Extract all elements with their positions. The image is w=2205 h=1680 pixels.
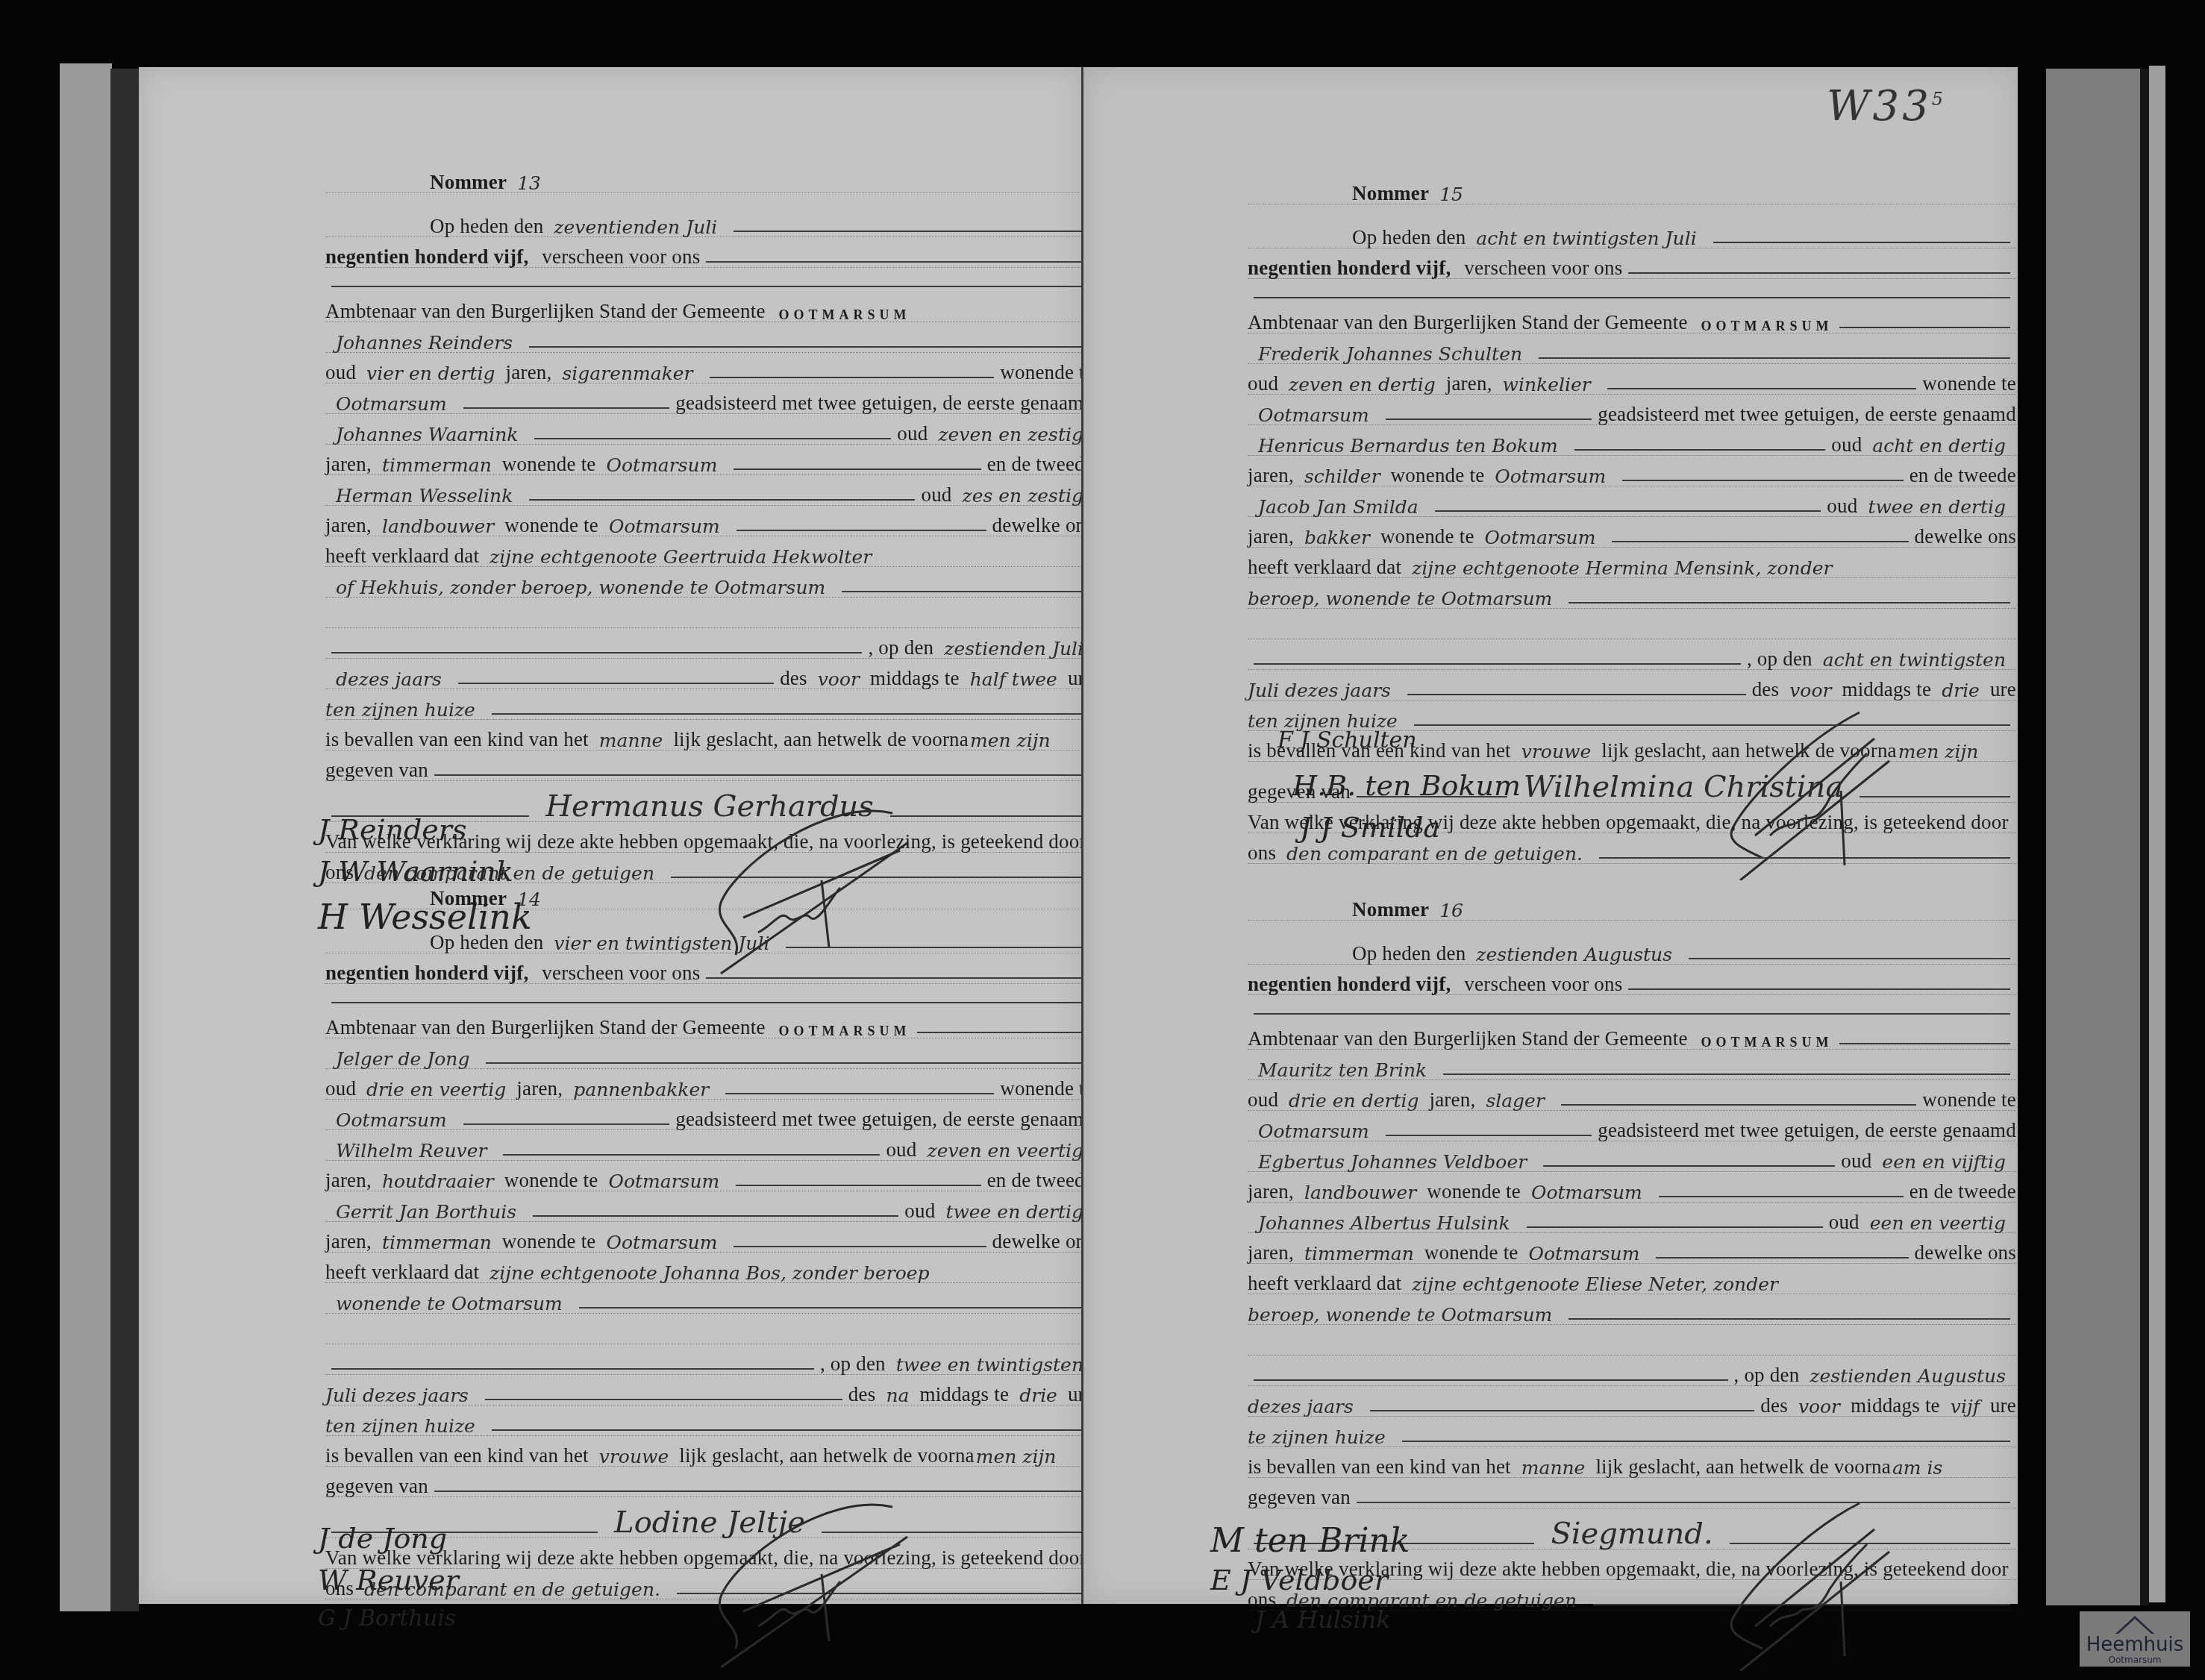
middags-label: middags te [870, 668, 960, 689]
record-date: zeventienden Juli [543, 218, 728, 236]
official-label: Ambtenaar van den Burgerlijken Stand der… [325, 301, 766, 322]
record-number: 14 [507, 890, 551, 909]
declarant-occupation: slager [1475, 1091, 1554, 1110]
declarant-name: Mauritz ten Brink [1248, 1061, 1437, 1079]
witness1-name: Egbertus Johannes Veldboer [1248, 1153, 1537, 1171]
declarant-age: zeven en dertig [1278, 375, 1446, 394]
child-sex: manne [1511, 1458, 1596, 1477]
birth-place: te zijnen huize [1248, 1428, 1396, 1447]
birth-year: dezes jaars [325, 670, 452, 689]
page-right: W335 Nommer15 Op heden denacht en twinti… [1083, 67, 2018, 1604]
declaration-line1: zijne echtgenoote Johanna Bos, zonder be… [479, 1264, 939, 1282]
witness2-name: Herman Wesselink [325, 486, 523, 505]
declarant-name: Jelger de Jong [325, 1050, 480, 1068]
second-witness-label: en de tweede [1910, 466, 2016, 486]
declaration-line1: zijne echtgenoote Hermina Mensink, zonde… [1401, 559, 1842, 577]
official-label: Ambtenaar van den Burgerlijken Stand der… [1248, 1029, 1688, 1049]
birth-year: dezes jaars [1248, 1397, 1364, 1416]
age-label: oud [921, 485, 951, 505]
birth-record-13: Nommer13 Op heden denzeventienden Juli n… [325, 164, 1094, 885]
verscheen-label: verscheen voor ons [1464, 258, 1622, 278]
ons-label: ons [1248, 843, 1276, 863]
delivered-label: is bevallen van een kind van het [1248, 1457, 1511, 1477]
child-sex: vrouwe [589, 1447, 679, 1466]
witness1-residence: Ootmarsum [1521, 1183, 1653, 1202]
signature: J J Smilda [1277, 811, 1521, 853]
record-number: 13 [507, 174, 551, 192]
witness1-age: een en vijftig [1871, 1153, 2016, 1171]
given-label: gegeven van [325, 1476, 428, 1496]
child-sex: vrouwe [1511, 742, 1601, 761]
des-label: des [780, 668, 807, 689]
year-phrase: negentien honderd vijf, [325, 963, 528, 983]
witness1-age: acht en dertig [1862, 436, 2016, 455]
birth-place: ten zijnen huize [325, 1417, 486, 1435]
residence-label: wonende te [1922, 374, 2016, 394]
des-label: des [848, 1385, 876, 1405]
residence-label: wonende te [1000, 363, 1094, 383]
age-label: oud [1827, 496, 1857, 516]
witness2-residence: Ootmarsum [1519, 1244, 1651, 1263]
witness1-name: Wilhelm Reuver [325, 1141, 497, 1160]
residence-label: wonende te [502, 1232, 596, 1252]
official-signature-16 [1680, 1499, 1904, 1671]
gender-label: lijk geslacht, aan hetwelk de voorna [1595, 1457, 1891, 1477]
residence-label: wonende te [504, 1170, 598, 1191]
official-signature-15 [1680, 709, 1904, 880]
birth-year: Juli dezes jaars [1248, 681, 1401, 700]
birth-time: drie [1931, 681, 1990, 700]
hour-label: ure [1990, 1396, 2016, 1416]
date-label: Op heden den [430, 216, 543, 236]
witnesses-label: geadsisteerd met twee getuigen, de eerst… [1598, 1120, 2016, 1141]
witness1-name: Henricus Bernardus ten Bokum [1248, 436, 1568, 455]
age-label: oud [325, 363, 356, 383]
name-suffix: men zijn [975, 1447, 1067, 1466]
declared-label: heeft verklaard dat [325, 1262, 479, 1282]
age-label: oud [1248, 1090, 1278, 1110]
number-label: Nommer [430, 172, 507, 192]
name-suffix: men zijn [1897, 742, 1989, 761]
year-phrase: negentien honderd vijf, [1248, 974, 1451, 994]
year-phrase: negentien honderd vijf, [1248, 258, 1451, 278]
delivered-label: is bevallen van een kind van het [325, 1446, 589, 1466]
declarant-name: Frederik Johannes Schulten [1248, 345, 1533, 363]
witness1-age: zeven en zestig [928, 425, 1094, 444]
book-binding-left [110, 69, 139, 1611]
declaration-line2: of Hekhuis, zonder beroep, wonende te Oo… [325, 578, 836, 597]
signature: J de Jong [318, 1522, 459, 1564]
second-witness-label: en de tweede [1910, 1182, 2016, 1202]
birth-date: zestienden Juli [933, 639, 1094, 658]
birth-time: drie [1009, 1386, 1068, 1405]
verscheen-label: verscheen voor ons [542, 247, 700, 267]
declarant-residence: Ootmarsum [325, 395, 457, 413]
residence-label: wonende te [1424, 1243, 1519, 1263]
year-phrase: negentien honderd vijf, [325, 247, 528, 267]
age-label: oud [886, 1140, 916, 1160]
declarant-occupation: sigarenmaker [551, 364, 703, 383]
record-date: zestienden Augustus [1466, 945, 1683, 964]
witness2-occupation: timmerman [1294, 1244, 1424, 1263]
verscheen-label: verscheen voor ons [1464, 974, 1622, 994]
birth-time: half twee [960, 670, 1068, 689]
number-label: Nommer [1352, 184, 1429, 204]
given-label: gegeven van [1248, 1488, 1351, 1508]
witness2-age: een en veertig [1860, 1214, 2016, 1232]
date-label: Op heden den [1352, 228, 1466, 248]
archive-mark-text: W33 [1827, 82, 1932, 131]
number-label: Nommer [430, 888, 507, 909]
birth-time: vijf [1940, 1397, 1990, 1416]
birth-year: Juli dezes jaars [325, 1386, 479, 1405]
witness2-age: twee en dertig [935, 1203, 1094, 1221]
declarant-age: drie en veertig [356, 1080, 516, 1099]
municipality: OOTMARSUM [1701, 1035, 1833, 1049]
official-label: Ambtenaar van den Burgerlijken Stand der… [325, 1018, 766, 1038]
witness1-occupation: schilder [1294, 467, 1391, 486]
on-date-label: , op den [1747, 649, 1813, 669]
name-suffix: men zijn [969, 731, 1061, 750]
residence-label: wonende te [502, 454, 596, 474]
signature: E J Veldboer [1210, 1564, 1410, 1605]
years-label: jaren, [325, 1170, 372, 1191]
witness1-occupation: houtdraaier [372, 1172, 504, 1191]
witness1-residence: Ootmarsum [1484, 467, 1616, 486]
years-label: jaren, [506, 363, 552, 383]
dewelke-label: dewelke ons [1915, 527, 2016, 547]
on-date-label: , op den [868, 638, 933, 658]
declarant-residence: Ootmarsum [1248, 406, 1380, 424]
years-label: jaren, [1248, 466, 1294, 486]
age-label: oud [1829, 1212, 1860, 1232]
declaration-line1: zijne echtgenoote Eliese Neter, zonder [1401, 1275, 1789, 1294]
gender-label: lijk geslacht, aan hetwelk de voorna [679, 1446, 975, 1466]
on-date-label: , op den [1734, 1365, 1800, 1385]
witness2-residence: Ootmarsum [1474, 528, 1607, 547]
birth-ampm: voor [1788, 1397, 1851, 1416]
declaration-line1: zijne echtgenoote Geertruida Hekwolter [479, 548, 882, 566]
years-label: jaren, [1429, 1090, 1475, 1110]
witness1-occupation: timmerman [372, 456, 502, 474]
declarant-residence: Ootmarsum [1248, 1122, 1380, 1141]
official-signature-flourish [1680, 1499, 1904, 1671]
declared-label: heeft verklaard dat [1248, 557, 1401, 577]
witness2-name: Johannes Albertus Hulsink [1248, 1214, 1521, 1232]
second-witness-label: en de tweede [987, 1170, 1094, 1191]
signature: J A Hulsink [1210, 1605, 1410, 1647]
second-witness-label: en de tweede [987, 454, 1094, 474]
on-date-label: , op den [820, 1354, 886, 1374]
witness2-name: Gerrit Jan Borthuis [325, 1203, 527, 1221]
official-label: Ambtenaar van den Burgerlijken Stand der… [1248, 313, 1688, 333]
residence-label: wonende te [1427, 1182, 1521, 1202]
years-label: jaren, [1446, 374, 1492, 394]
birth-ampm: voor [1779, 681, 1842, 700]
name-suffix: am is [1891, 1458, 1953, 1477]
age-label: oud [904, 1201, 935, 1221]
residence-label: wonende te [504, 515, 598, 536]
municipality: OOTMARSUM [779, 308, 911, 322]
municipality: OOTMARSUM [779, 1024, 911, 1038]
middags-label: middags te [919, 1385, 1009, 1405]
residence-label: wonende te [1922, 1090, 2016, 1110]
declared-label: heeft verklaard dat [325, 546, 479, 566]
record-number: 16 [1429, 901, 1474, 920]
birth-record-14: Nommer14 Op heden denvier en twintigsten… [325, 880, 1094, 1601]
birth-ampm: na [875, 1386, 919, 1405]
verscheen-label: verscheen voor ons [542, 963, 700, 983]
witness1-age: zeven en veertig [917, 1141, 1095, 1160]
declaration-line2: wonende te Ootmarsum [325, 1294, 573, 1313]
des-label: des [1760, 1396, 1788, 1416]
years-label: jaren, [325, 515, 372, 536]
witness2-age: zes en zestig [952, 486, 1094, 505]
archive-mark-sup: 5 [1932, 89, 1946, 110]
witness-signatures-15: F J Schulten H.B. ten Bokum J J Smilda [1277, 727, 1521, 853]
witness1-name: Johannes Waarnink [325, 425, 528, 444]
declarant-age: vier en dertig [356, 364, 505, 383]
age-label: oud [1248, 374, 1278, 394]
hour-label: ure [1990, 680, 2016, 700]
witness2-residence: Ootmarsum [596, 1233, 728, 1252]
signature: G J Borthuis [318, 1605, 459, 1647]
residence-label: wonende te [1391, 466, 1485, 486]
des-label: des [1752, 680, 1780, 700]
birth-place: ten zijnen huize [325, 700, 486, 719]
book-edge-left [60, 63, 112, 1611]
official-signature-flourish [1680, 709, 1904, 880]
witness-signatures-14: J de Jong W Reuver G J Borthuis [318, 1522, 459, 1647]
witness2-occupation: landbouwer [372, 517, 504, 536]
birth-date: twee en twintigsten [886, 1355, 1094, 1374]
official-signature-14 [691, 1499, 915, 1671]
declared-label: heeft verklaard dat [1248, 1273, 1401, 1294]
delivered-label: is bevallen van een kind van het [325, 730, 589, 750]
years-label: jaren, [1248, 1182, 1294, 1202]
birth-ampm: voor [807, 670, 870, 689]
given-label: gegeven van [325, 760, 428, 780]
age-label: oud [1841, 1151, 1871, 1171]
residence-label: wonende te [1380, 527, 1474, 547]
witness1-residence: Ootmarsum [598, 1172, 730, 1191]
gender-label: lijk geslacht, aan hetwelk de voorna [673, 730, 969, 750]
date-label: Op heden den [1352, 944, 1466, 964]
birth-date: acht en twintigsten [1813, 651, 2016, 669]
number-label: Nommer [1352, 900, 1429, 920]
archive-mark: W335 [1827, 82, 1946, 131]
declarant-name: Johannes Reinders [325, 333, 523, 352]
witness2-residence: Ootmarsum [598, 517, 731, 536]
logo-subtitle: Ootmarsum [2108, 1655, 2161, 1665]
book-binding-right [2140, 69, 2149, 1605]
witness2-name: Jacob Jan Smilda [1248, 498, 1429, 516]
dewelke-label: dewelke ons [992, 1232, 1094, 1252]
witnesses-label: geadsisteerd met twee getuigen, de eerst… [675, 393, 1094, 413]
signature: F J Schulten [1277, 727, 1521, 769]
declaration-line2: beroep, wonende te Ootmarsum [1248, 589, 1563, 608]
middags-label: middags te [1851, 1396, 1940, 1416]
witness1-residence: Ootmarsum [596, 456, 728, 474]
record-date: acht en twintigsten Juli [1466, 229, 1707, 248]
book-edge-right [2046, 69, 2143, 1605]
logo-name: Heemhuis [2086, 1635, 2184, 1655]
years-label: jaren, [516, 1079, 563, 1099]
signature: J Reinders [318, 813, 532, 855]
page-left: Nommer13 Op heden denzeventienden Juli n… [139, 67, 1082, 1604]
birth-date: zestienden Augustus [1799, 1367, 2016, 1385]
dewelke-label: dewelke ons [1915, 1243, 2016, 1263]
declarant-age: drie en dertig [1278, 1091, 1429, 1110]
years-label: jaren, [1248, 527, 1294, 547]
middags-label: middags te [1842, 680, 1931, 700]
witness2-age: twee en dertig [1857, 498, 2016, 516]
record-number: 15 [1429, 185, 1474, 204]
years-label: jaren, [1248, 1243, 1294, 1263]
witnesses-label: geadsisteerd met twee getuigen, de eerst… [675, 1109, 1094, 1129]
years-label: jaren, [325, 454, 372, 474]
official-signature-flourish [691, 1499, 915, 1671]
age-label: oud [325, 1079, 356, 1099]
signature: H.B. ten Bokum [1277, 769, 1521, 811]
witness2-occupation: timmerman [372, 1233, 502, 1252]
signature: M ten Brink [1210, 1522, 1410, 1564]
dewelke-label: dewelke ons [992, 515, 1094, 536]
date-label: Op heden den [430, 933, 543, 953]
book-edge-right-outer [2149, 66, 2165, 1602]
municipality: OOTMARSUM [1701, 319, 1833, 333]
heemhuis-logo: Heemhuis Ootmarsum [2080, 1611, 2190, 1667]
witness2-occupation: bakker [1294, 528, 1380, 547]
declaration-line2: beroep, wonende te Ootmarsum [1248, 1306, 1563, 1324]
house-roof-icon [2115, 1616, 2154, 1634]
child-sex: manne [589, 731, 674, 750]
witness1-occupation: landbouwer [1294, 1183, 1427, 1202]
age-label: oud [1831, 435, 1862, 455]
declarant-occupation: pannenbakker [563, 1080, 719, 1099]
years-label: jaren, [325, 1232, 372, 1252]
declarant-occupation: winkelier [1492, 375, 1601, 394]
witnesses-label: geadsisteerd met twee getuigen, de eerst… [1598, 404, 2016, 424]
signature: W Reuver [318, 1564, 459, 1605]
residence-label: wonende te [1000, 1079, 1094, 1099]
record-date: vier en twintigsten Juli [543, 934, 780, 953]
witness-signatures-16: M ten Brink E J Veldboer J A Hulsink [1210, 1522, 1410, 1647]
declarant-residence: Ootmarsum [325, 1111, 457, 1129]
age-label: oud [897, 424, 928, 444]
